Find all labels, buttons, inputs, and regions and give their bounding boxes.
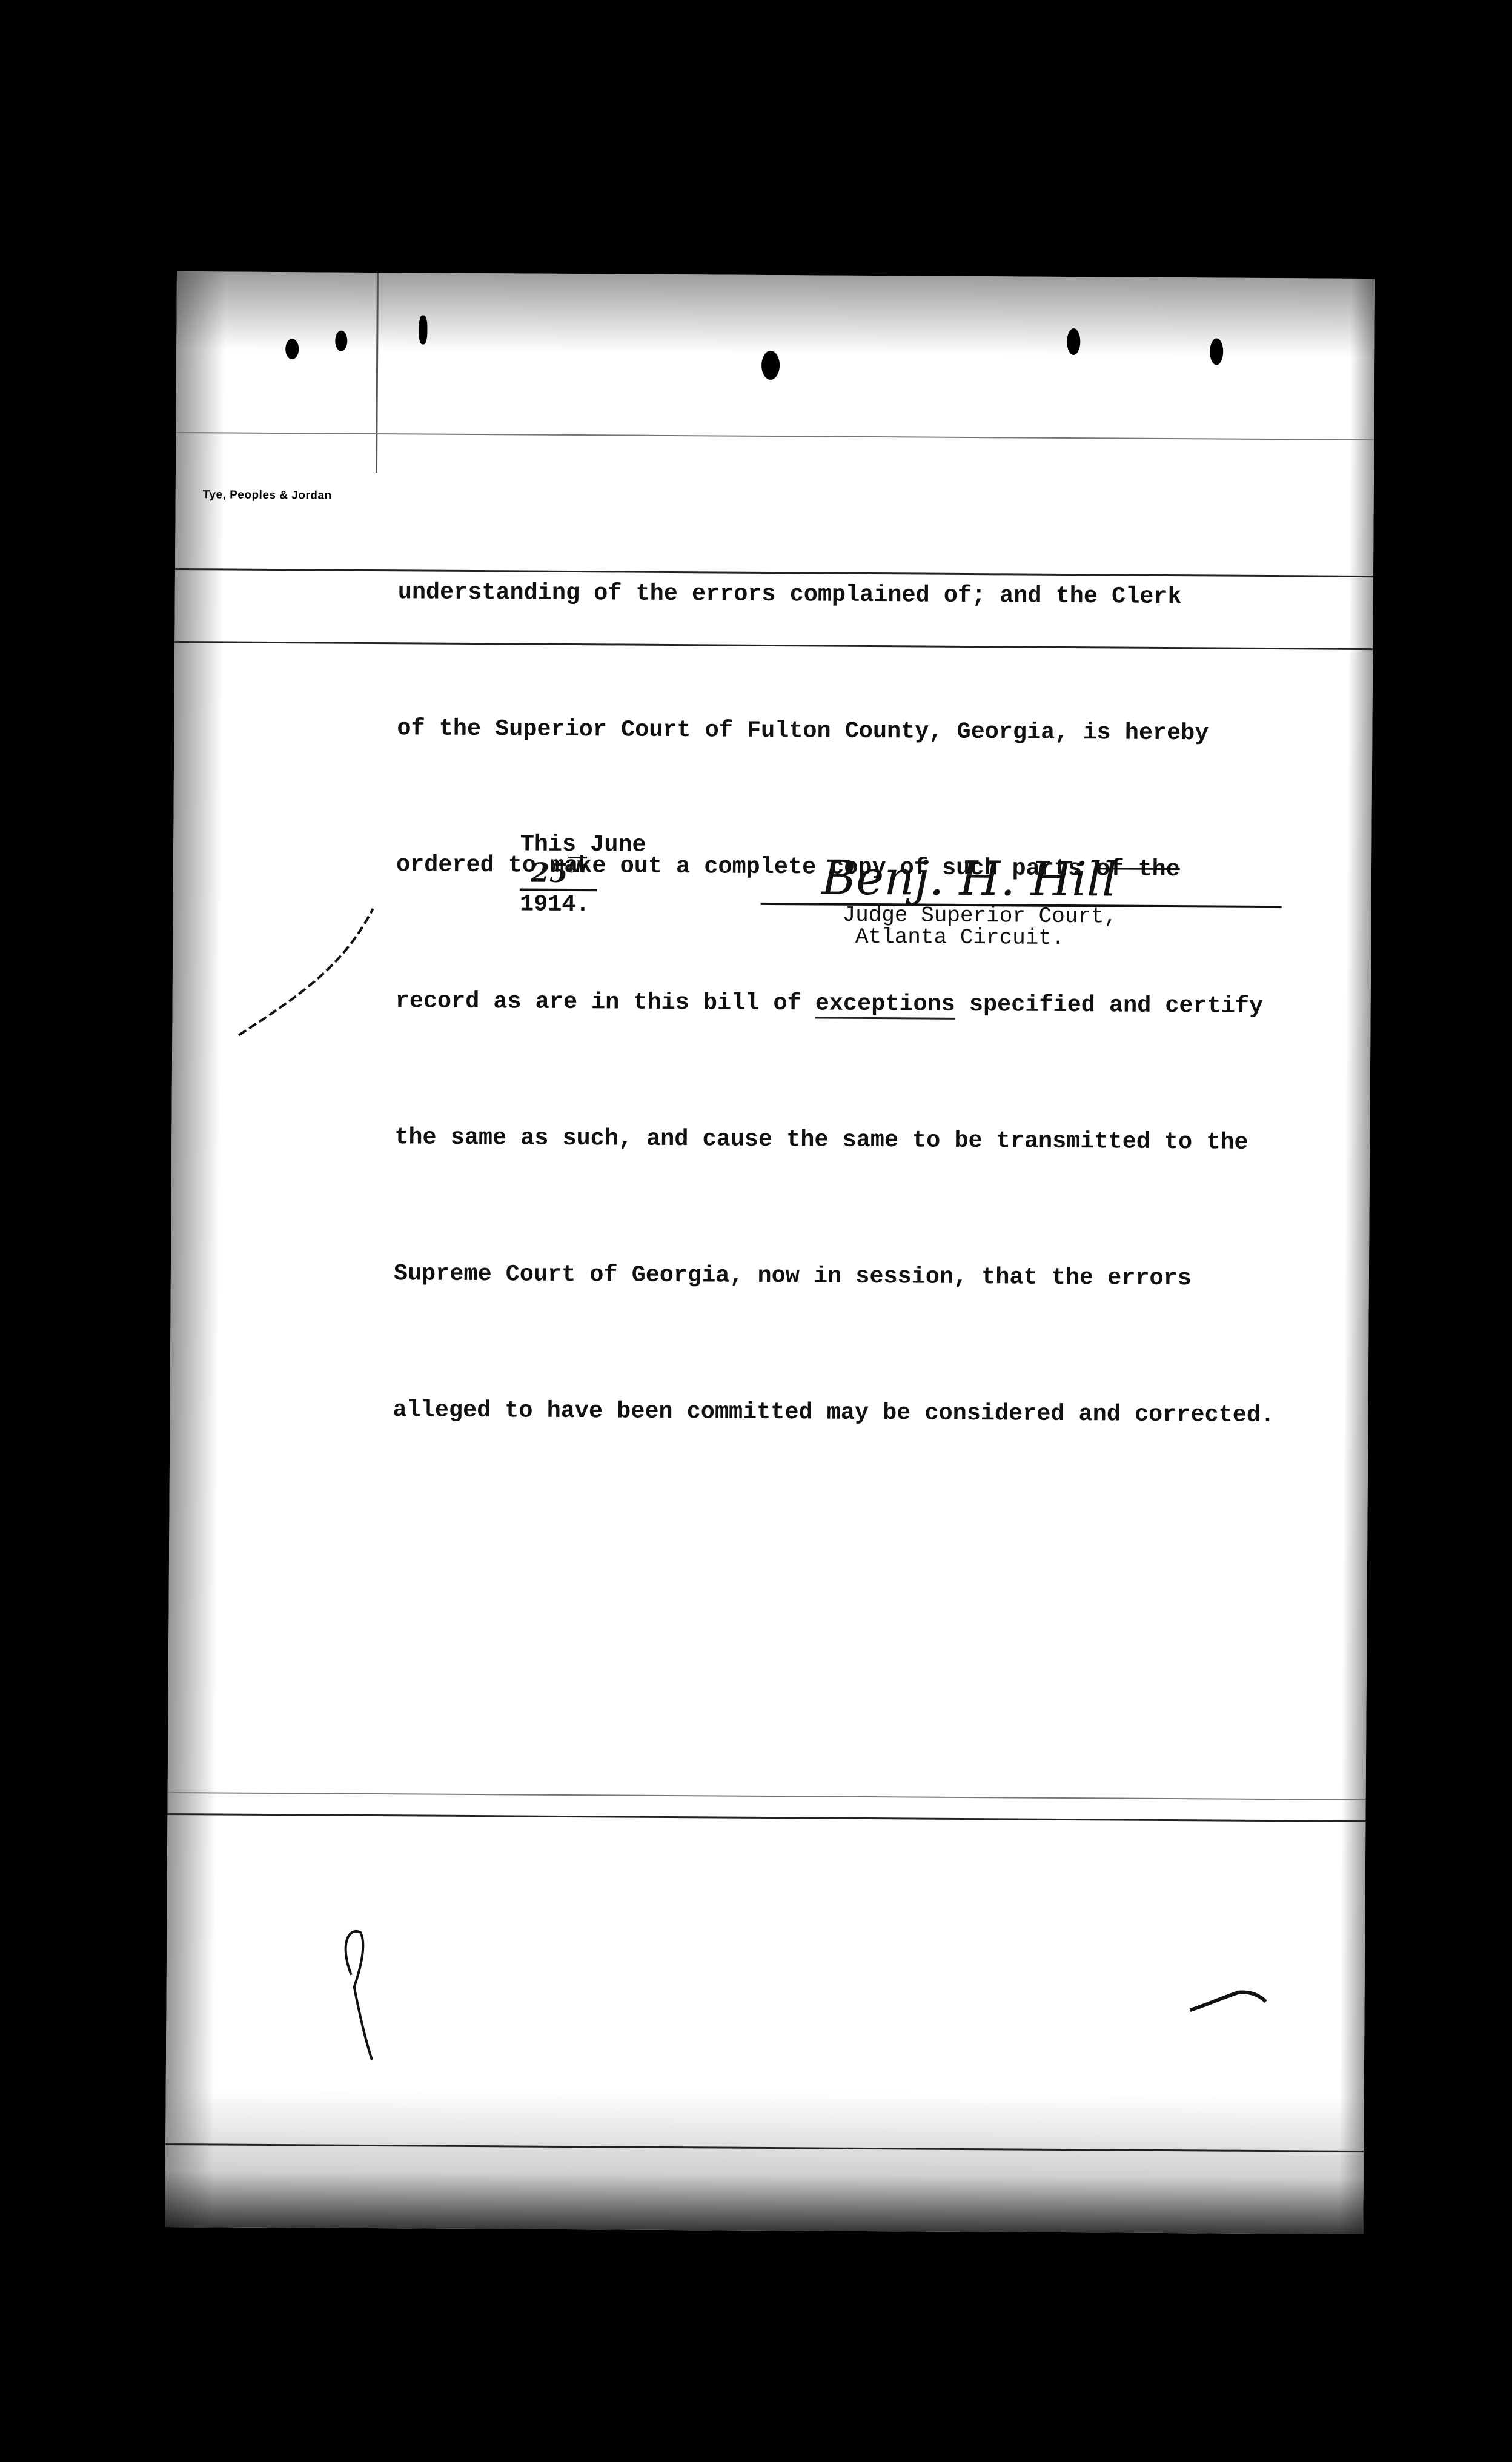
document-page: Tye, Peoples & Jordan understanding of t… xyxy=(165,271,1375,2234)
diagonal-pen-stroke xyxy=(239,908,373,1036)
squiggle-pen-mark xyxy=(1190,1992,1265,2011)
pen-marks xyxy=(165,271,1375,2234)
loop-pen-mark xyxy=(345,1931,373,2060)
